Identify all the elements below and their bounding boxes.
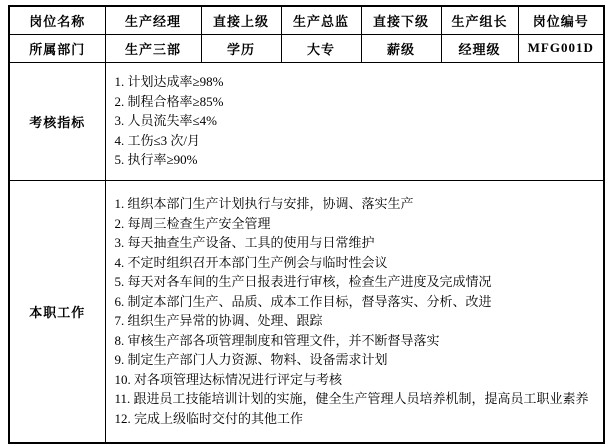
department-label: 所属部门 [9, 34, 105, 62]
kpi-item: 4. 工伤≤3 次/月 [115, 131, 598, 151]
duty-item: 4. 不定时组织召开本部门生产例会与临时性会议 [115, 253, 598, 273]
direct-superior-value: 生产总监 [281, 6, 361, 34]
education-value: 大专 [281, 34, 361, 62]
direct-superior-label: 直接上级 [201, 6, 281, 34]
kpi-item: 3. 人员流失率≤4% [115, 111, 598, 131]
job-description-table: 岗位名称 生产经理 直接上级 生产总监 直接下级 生产组长 岗位编号 所属部门 … [8, 5, 605, 444]
duties-section-label: 本职工作 [9, 180, 105, 443]
direct-subordinate-label: 直接下级 [361, 6, 441, 34]
kpi-section-content: 1. 计划达成率≥98% 2. 制程合格率≥85% 3. 人员流失率≤4% 4.… [105, 62, 604, 180]
duty-item: 1. 组织本部门生产计划执行与安排，协调、落实生产 [115, 194, 598, 214]
position-code-value: MFG001D [518, 34, 604, 62]
position-name-label: 岗位名称 [9, 6, 105, 34]
duty-item: 6. 制定本部门生产、品质、成本工作目标，督导落实、分析、改进 [115, 292, 598, 312]
position-code-label: 岗位编号 [518, 6, 604, 34]
kpi-item: 5. 执行率≥90% [115, 150, 598, 170]
duty-item: 10. 对各项管理达标情况进行评定与考核 [115, 370, 598, 390]
duty-item: 11. 跟进员工技能培训计划的实施，健全生产管理人员培养机制，提高员工职业素养 [115, 389, 598, 409]
duty-item: 12. 完成上级临时交付的其他工作 [115, 409, 598, 429]
salary-grade-value: 经理级 [441, 34, 518, 62]
duty-item: 7. 组织生产异常的协调、处理、跟踪 [115, 311, 598, 331]
direct-subordinate-value: 生产组长 [441, 6, 518, 34]
duties-section-content: 1. 组织本部门生产计划执行与安排，协调、落实生产 2. 每周三检查生产安全管理… [105, 180, 604, 443]
duties-section-row: 本职工作 1. 组织本部门生产计划执行与安排，协调、落实生产 2. 每周三检查生… [9, 180, 604, 443]
duty-item: 9. 制定生产部门人力资源、物料、设备需求计划 [115, 350, 598, 370]
duty-item: 3. 每天抽查生产设备、工具的使用与日常维护 [115, 233, 598, 253]
duty-item: 2. 每周三检查生产安全管理 [115, 214, 598, 234]
position-name-value: 生产经理 [105, 6, 201, 34]
duty-item: 5. 每天对各车间的生产日报表进行审核，检查生产进度及完成情况 [115, 272, 598, 292]
header-row-2: 所属部门 生产三部 学历 大专 薪级 经理级 MFG001D [9, 34, 604, 62]
kpi-item: 1. 计划达成率≥98% [115, 72, 598, 92]
kpi-section-label: 考核指标 [9, 62, 105, 180]
department-value: 生产三部 [105, 34, 201, 62]
kpi-item: 2. 制程合格率≥85% [115, 92, 598, 112]
header-row-1: 岗位名称 生产经理 直接上级 生产总监 直接下级 生产组长 岗位编号 [9, 6, 604, 34]
kpi-section-row: 考核指标 1. 计划达成率≥98% 2. 制程合格率≥85% 3. 人员流失率≤… [9, 62, 604, 180]
salary-grade-label: 薪级 [361, 34, 441, 62]
duty-item: 8. 审核生产部各项管理制度和管理文件，并不断督导落实 [115, 331, 598, 351]
education-label: 学历 [201, 34, 281, 62]
